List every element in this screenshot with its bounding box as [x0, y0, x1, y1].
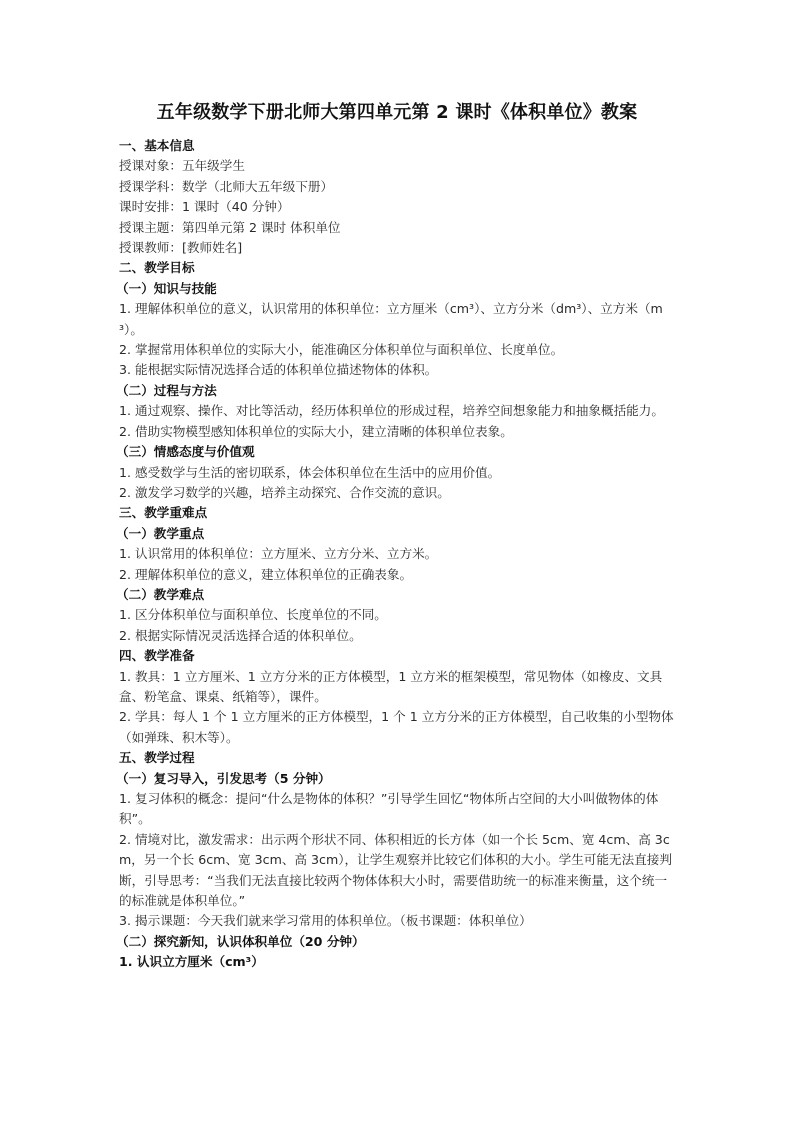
section-heading: 二、教学目标: [119, 258, 679, 278]
paragraph: 3. 能根据实际情况选择合适的体积单位描述物体的体积。: [119, 360, 679, 380]
subsection-heading: （三）情感态度与价值观: [116, 442, 679, 462]
subsection-heading: （二）探究新知，认识体积单位（20 分钟）: [116, 932, 679, 952]
item-heading: 1. 认识立方厘米（cm³）: [119, 952, 679, 972]
paragraph: 授课学科：数学（北师大五年级下册）: [119, 177, 679, 197]
section-heading: 三、教学重难点: [119, 503, 679, 523]
section-heading: 五、教学过程: [119, 748, 679, 768]
paragraph: 授课对象：五年级学生: [119, 156, 679, 176]
paragraph: 2. 学具：每人 1 个 1 立方厘米的正方体模型，1 个 1 立方分米的正方体…: [119, 707, 679, 748]
paragraph: 授课主题：第四单元第 2 课时 体积单位: [119, 218, 679, 238]
section-heading: 一、基本信息: [119, 136, 679, 156]
paragraph: 3. 揭示课题：今天我们就来学习常用的体积单位。（板书课题：体积单位）: [119, 911, 679, 931]
paragraph: 2. 理解体积单位的意义，建立体积单位的正确表象。: [119, 565, 679, 585]
paragraph: 课时安排：1 课时（40 分钟）: [119, 197, 679, 217]
paragraph: 2. 借助实物模型感知体积单位的实际大小，建立清晰的体积单位表象。: [119, 422, 679, 442]
paragraph: 1. 感受数学与生活的密切联系，体会体积单位在生活中的应用价值。: [119, 463, 679, 483]
paragraph: 1. 通过观察、操作、对比等活动，经历体积单位的形成过程，培养空间想象能力和抽象…: [119, 401, 679, 421]
paragraph: 1. 区分体积单位与面积单位、长度单位的不同。: [119, 605, 679, 625]
subsection-heading: （一）教学重点: [116, 524, 679, 544]
subsection-heading: （二）教学难点: [116, 585, 679, 605]
subsection-heading: （二）过程与方法: [116, 381, 679, 401]
paragraph: 1. 教具：1 立方厘米、1 立方分米的正方体模型，1 立方米的框架模型，常见物…: [119, 667, 679, 708]
paragraph: 1. 理解体积单位的意义，认识常用的体积单位：立方厘米（cm³）、立方分米（dm…: [119, 299, 679, 340]
paragraph: 1. 认识常用的体积单位：立方厘米、立方分米、立方米。: [119, 544, 679, 564]
paragraph: 2. 激发学习数学的兴趣，培养主动探究、合作交流的意识。: [119, 483, 679, 503]
subsection-heading: （一）知识与技能: [116, 279, 679, 299]
paragraph: 2. 根据实际情况灵活选择合适的体积单位。: [119, 626, 679, 646]
document-body: 一、基本信息授课对象：五年级学生授课学科：数学（北师大五年级下册）课时安排：1 …: [119, 136, 679, 973]
document-page: 五年级数学下册北师大第四单元第 2 课时《体积单位》教案 一、基本信息授课对象：…: [0, 0, 794, 1123]
document-title: 五年级数学下册北师大第四单元第 2 课时《体积单位》教案: [0, 100, 794, 126]
section-heading: 四、教学准备: [119, 646, 679, 666]
subsection-heading: （一）复习导入，引发思考（5 分钟）: [116, 769, 679, 789]
paragraph: 1. 复习体积的概念：提问“什么是物体的体积？”引导学生回忆“物体所占空间的大小…: [119, 789, 679, 830]
paragraph: 2. 掌握常用体积单位的实际大小，能准确区分体积单位与面积单位、长度单位。: [119, 340, 679, 360]
paragraph: 2. 情境对比，激发需求：出示两个形状不同、体积相近的长方体（如一个长 5cm、…: [119, 830, 679, 912]
paragraph: 授课教师：[教师姓名]: [119, 238, 679, 258]
